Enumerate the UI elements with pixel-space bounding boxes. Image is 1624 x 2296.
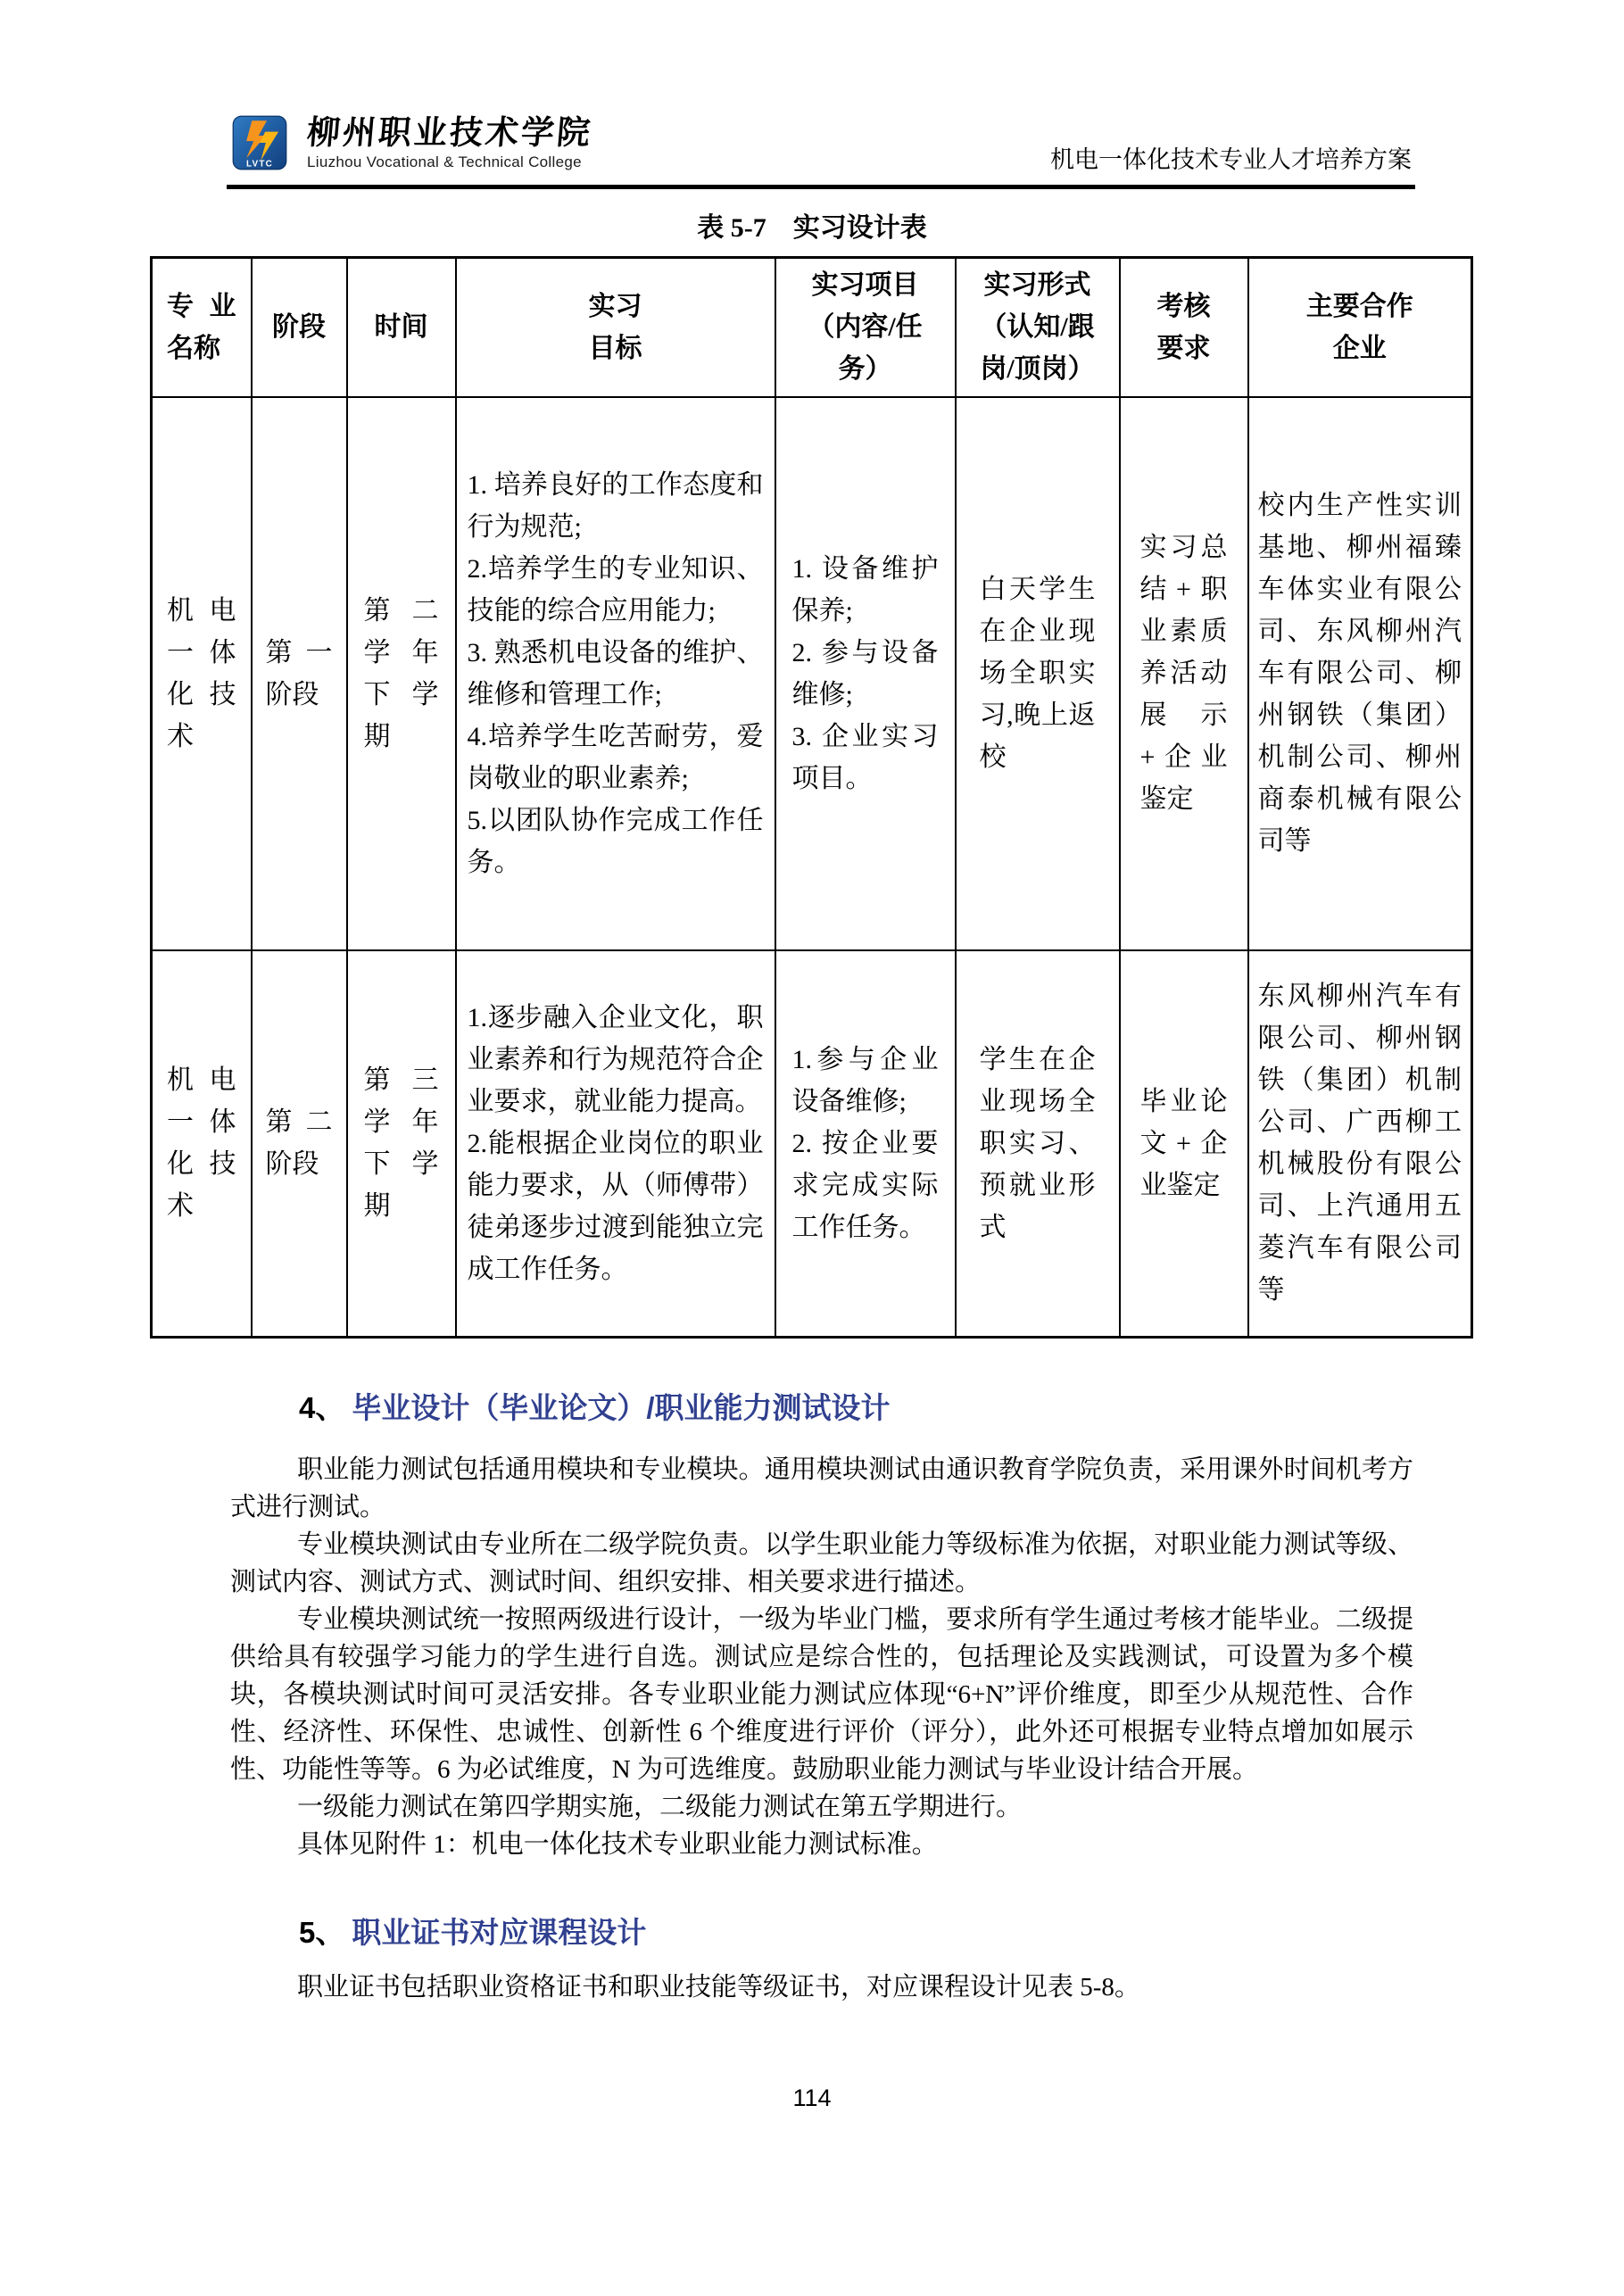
cell-goal: 1. 培养良好的工作态度和行为规范; 2.培养学生的专业知识、技能的综合应用能力… xyxy=(456,397,775,950)
section-4-body: 职业能力测试包括通用模块和专业模块。通用模块测试由通识教育学院负责，采用课外时间… xyxy=(230,1451,1413,1863)
logo-abbr-text: LVTC xyxy=(246,160,273,170)
cell-project: 1. 设备维护保养; 2. 参与设备维修; 3. 企业实习项目。 xyxy=(775,397,956,950)
col-header-partners: 主要合作 企业 xyxy=(1248,258,1472,397)
section-title: 职业证书对应课程设计 xyxy=(352,1916,646,1949)
document-page: { "header": { "logo_abbr": "LVTC", "coll… xyxy=(0,0,1624,2296)
cell-form: 白天学生在企业现场全职实习,晚上返校 xyxy=(956,397,1120,950)
cell-assessment: 实习总结+职业素质养活动展示+企业鉴定 xyxy=(1120,397,1248,950)
college-name-en: Liuzhou Vocational & Technical College xyxy=(307,153,592,171)
paragraph: 职业证书包括职业资格证书和职业技能等级证书，对应课程设计见表 5-8。 xyxy=(230,1969,1413,2006)
cell-project: 1.参与企业设备维修; 2. 按企业要求完成实际工作任务。 xyxy=(775,950,956,1338)
table-row: 机电一体化技术 第一阶段 第二学年下学期 1. 培养良好的工作态度和行为规范; … xyxy=(152,397,1472,950)
cell-assessment: 毕业论文+企业鉴定 xyxy=(1120,950,1248,1338)
paragraph: 专业模块测试由专业所在二级学院负责。以学生职业能力等级标准为依据，对职业能力测试… xyxy=(230,1526,1413,1601)
cell-stage: 第二阶段 xyxy=(252,950,347,1338)
page-header: LVTC 柳州职业技术学院 Liuzhou Vocational & Techn… xyxy=(232,114,592,171)
paragraph: 具体见附件 1：机电一体化技术专业职业能力测试标准。 xyxy=(230,1826,1413,1863)
table-row: 机电一体化技术 第二阶段 第三学年下学期 1.逐步融入企业文化，职业素养和行为规… xyxy=(152,950,1472,1338)
paragraph: 一级能力测试在第四学期实施，二级能力测试在第五学期进行。 xyxy=(230,1788,1413,1826)
paragraph: 职业能力测试包括通用模块和专业模块。通用模块测试由通识教育学院负责，采用课外时间… xyxy=(230,1451,1413,1526)
paragraph: 专业模块测试统一按照两级进行设计，一级为毕业门槛，要求所有学生通过考核才能毕业。… xyxy=(230,1601,1413,1788)
cell-form: 学生在企业现场全职实习、预就业形式 xyxy=(956,950,1120,1338)
section-heading-5: 5、职业证书对应课程设计 xyxy=(299,1913,646,1952)
cell-partners: 校内生产性实训基地、柳州福臻车体实业有限公司、东风柳州汽车有限公司、柳州钢铁（集… xyxy=(1248,397,1472,950)
cell-goal: 1.逐步融入企业文化，职业素养和行为规范符合企业要求，就业能力提高。 2.能根据… xyxy=(456,950,775,1338)
cell-major-name: 机电一体化技术 xyxy=(152,397,252,950)
section-heading-4: 4、毕业设计（毕业论文）/职业能力测试设计 xyxy=(299,1388,891,1428)
col-header-form: 实习形式 （认知/跟 岗/顶岗） xyxy=(956,258,1120,397)
col-header-major-name: 专业名称 xyxy=(152,258,252,397)
section-number: 5、 xyxy=(299,1916,344,1949)
table-title: 表 5-7 实习设计表 xyxy=(0,205,1624,245)
col-header-stage: 阶段 xyxy=(252,258,347,397)
section-5-body: 职业证书包括职业资格证书和职业技能等级证书，对应课程设计见表 5-8。 xyxy=(230,1969,1413,2006)
header-divider xyxy=(227,185,1415,189)
page-number: 114 xyxy=(0,2085,1624,2112)
internship-design-table: 专业名称 阶段 时间 实习 目标 实习项目 （内容/任 务） 实习形式 （认知/… xyxy=(150,256,1473,1339)
col-header-time: 时间 xyxy=(347,258,456,397)
college-logo-icon: LVTC xyxy=(232,114,287,171)
section-number: 4、 xyxy=(299,1391,344,1424)
col-header-project: 实习项目 （内容/任 务） xyxy=(775,258,956,397)
doc-title: 机电一体化技术专业人才培养方案 xyxy=(1050,145,1412,174)
cell-major-name: 机电一体化技术 xyxy=(152,950,252,1338)
table-header-row: 专业名称 阶段 时间 实习 目标 实习项目 （内容/任 务） 实习形式 （认知/… xyxy=(152,258,1472,397)
section-title: 毕业设计（毕业论文）/职业能力测试设计 xyxy=(352,1391,890,1424)
cell-partners: 东风柳州汽车有限公司、柳州钢铁（集团）机制公司、广西柳工机械股份有限公司、上汽通… xyxy=(1248,950,1472,1338)
col-header-goal: 实习 目标 xyxy=(456,258,775,397)
col-header-assessment: 考核 要求 xyxy=(1120,258,1248,397)
cell-stage: 第一阶段 xyxy=(252,397,347,950)
college-name-cn: 柳州职业技术学院 xyxy=(305,114,594,153)
cell-time: 第二学年下学期 xyxy=(347,397,456,950)
cell-time: 第三学年下学期 xyxy=(347,950,456,1338)
college-names: 柳州职业技术学院 Liuzhou Vocational & Technical … xyxy=(307,114,592,171)
